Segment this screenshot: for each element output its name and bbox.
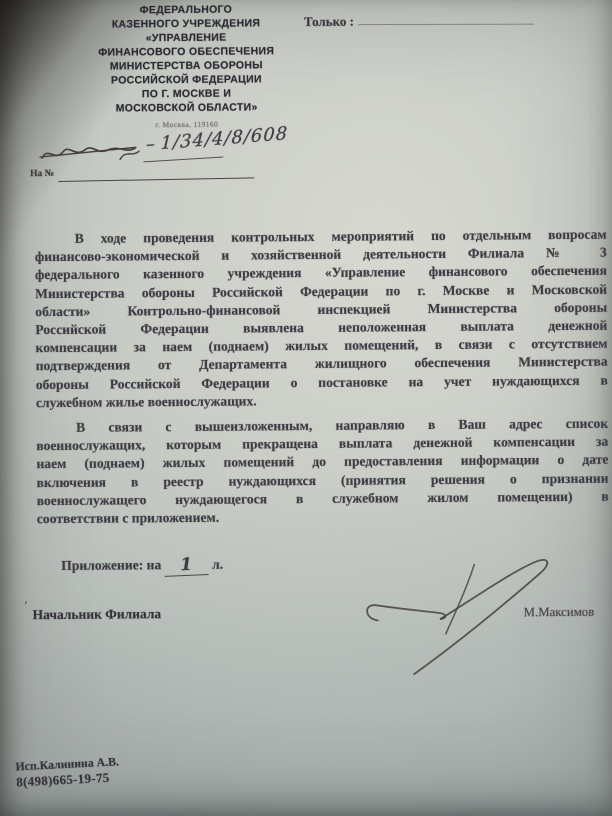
- attachment-unit: л.: [212, 557, 223, 572]
- footer: Исп.Калинина А.В. 8(498)665-19-75: [15, 754, 120, 790]
- reply-number-underline: [58, 163, 254, 182]
- signer-name: М.Максимов: [524, 605, 595, 621]
- attachment-sheet-count-handwritten: 1: [164, 554, 209, 577]
- routing-underline: [358, 12, 534, 25]
- pen-tick-mark: ′: [22, 599, 28, 615]
- attachment-line: Приложение: на 1 л.: [61, 554, 223, 576]
- body-line: соответствии с приложением.: [37, 506, 609, 529]
- number-dash: –: [146, 133, 162, 155]
- only-label: Только :: [304, 14, 354, 29]
- body-paragraph-2: В связи с вышеизложенным, направляю в Ва…: [36, 415, 609, 529]
- letter-content: ФЕДЕРАЛЬНОГО КАЗЕННОГО УЧРЕЖДЕНИЯ «УПРАВ…: [0, 0, 612, 816]
- attachment-label: Приложение: на: [61, 557, 161, 573]
- body-paragraph-1: В ходе проведения контрольных мероприяти…: [35, 226, 608, 412]
- scanned-letter-photo: ФЕДЕРАЛЬНОГО КАЗЕННОГО УЧРЕЖДЕНИЯ «УПРАВ…: [0, 0, 612, 816]
- body-line: служебном жилье военнослужащих.: [36, 389, 608, 412]
- position-title: Начальник Филиала: [33, 606, 162, 623]
- letterhead-line: МОСКОВСКОЙ ОБЛАСТИ»: [53, 100, 321, 116]
- letterhead: ФЕДЕРАЛЬНОГО КАЗЕННОГО УЧРЕЖДЕНИЯ «УПРАВ…: [52, 2, 321, 116]
- handwritten-date-scribble: [36, 131, 144, 170]
- reply-number-label: На №: [30, 169, 54, 179]
- routing-label: Только :: [304, 11, 534, 30]
